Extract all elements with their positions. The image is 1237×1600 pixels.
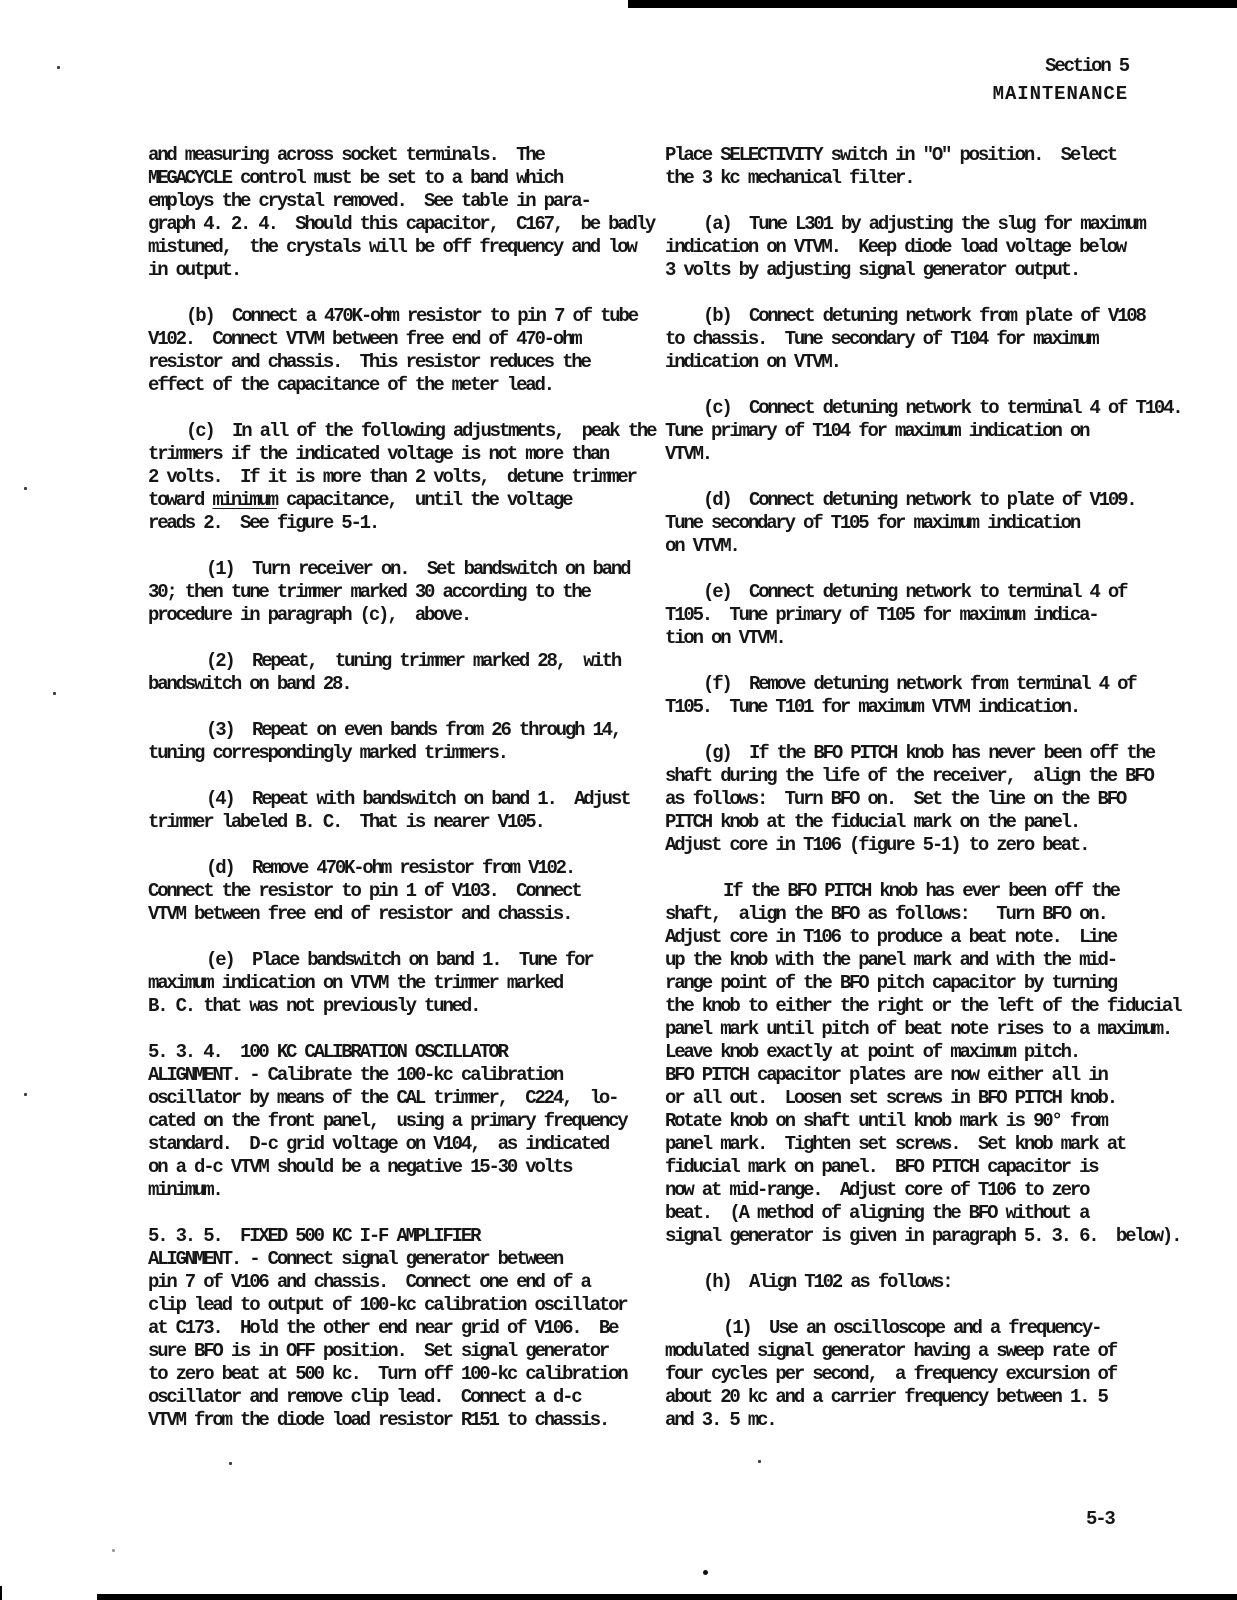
text-line: minimum. — [148, 1179, 668, 1202]
text-line: (d) Remove 470K-ohm resistor from V102. — [148, 857, 668, 880]
text-line: (1) Turn receiver on. Set bandswitch on … — [148, 558, 668, 581]
text-line: now at mid-range. Adjust core of T106 to… — [665, 1179, 1185, 1202]
text-line: maximum indication on VTVM the trimmer m… — [148, 972, 668, 995]
text-line: resistor and chassis. This resistor redu… — [148, 351, 668, 374]
text-line: T105. Tune T101 for maximum VTVM indicat… — [665, 696, 1185, 719]
paragraph: 5. 3. 4. 100 KC CALIBRATION OSCILLATORAL… — [148, 1041, 668, 1202]
text-line: (a) Tune L301 by adjusting the slug for … — [665, 213, 1185, 236]
text-line: indication on VTVM. Keep diode load volt… — [665, 236, 1185, 259]
text-line: effect of the capacitance of the meter l… — [148, 374, 668, 397]
text-line: Rotate knob on shaft until knob mark is … — [665, 1110, 1185, 1133]
text-line: employs the crystal removed. See table i… — [148, 190, 668, 213]
text-line: or all out. Loosen set screws in BFO PIT… — [665, 1087, 1185, 1110]
paragraph: (3) Repeat on even bands from 26 through… — [148, 719, 668, 765]
paragraph: (f) Remove detuning network from termina… — [665, 673, 1185, 719]
text-line: 3 volts by adjusting signal generator ou… — [665, 259, 1185, 282]
scan-speck — [229, 1462, 232, 1465]
text-line: (c) In all of the following adjustments,… — [148, 420, 668, 443]
page-number: 5-3 — [1086, 1508, 1114, 1530]
text-line: signal generator is given in paragraph 5… — [665, 1225, 1185, 1248]
text-line: pin 7 of V106 and chassis. Connect one e… — [148, 1271, 668, 1294]
scan-speck — [758, 1460, 761, 1463]
paragraph: 5. 3. 5. FIXED 500 KC I-F AMPLIFIERALIGN… — [148, 1225, 668, 1432]
text-line: clip lead to output of 100-kc calibratio… — [148, 1294, 668, 1317]
page-header: Section 5 MAINTENANCE — [993, 52, 1128, 108]
text-line: (4) Repeat with bandswitch on band 1. Ad… — [148, 788, 668, 811]
text-line: ALIGNMENT. - Connect signal generator be… — [148, 1248, 668, 1271]
text-line: fiducial mark on panel. BFO PITCH capaci… — [665, 1156, 1185, 1179]
text-line: T105. Tune primary of T105 for maximum i… — [665, 604, 1185, 627]
text-line: (h) Align T102 as follows: — [665, 1271, 1185, 1294]
text-line: (3) Repeat on even bands from 26 through… — [148, 719, 668, 742]
text-line: (e) Connect detuning network to terminal… — [665, 581, 1185, 604]
paragraph: and measuring across socket terminals. T… — [148, 144, 668, 282]
text-line: Adjust core in T106 (figure 5-1) to zero… — [665, 834, 1185, 857]
text-line: on VTVM. — [665, 535, 1185, 558]
paragraph: (h) Align T102 as follows: — [665, 1271, 1185, 1294]
text-line: to zero beat at 500 kc. Turn off 100-kc … — [148, 1363, 668, 1386]
scan-speck — [24, 487, 27, 490]
text-line: procedure in paragraph (c), above. — [148, 604, 668, 627]
paragraph: (4) Repeat with bandswitch on band 1. Ad… — [148, 788, 668, 834]
text-line: (1) Use an oscilloscope and a frequency- — [665, 1317, 1185, 1340]
text-line: toward minimum capacitance, until the vo… — [148, 489, 668, 512]
text-line: (b) Connect a 470K-ohm resistor to pin 7… — [148, 305, 668, 328]
text-line: Leave knob exactly at point of maximum p… — [665, 1041, 1185, 1064]
text-line: (2) Repeat, tuning trimmer marked 28, wi… — [148, 650, 668, 673]
text-line: Place SELECTIVITY switch in "O" position… — [665, 144, 1185, 167]
text-line: shaft, align the BFO as follows: Turn BF… — [665, 903, 1185, 926]
right-column: Place SELECTIVITY switch in "O" position… — [665, 144, 1185, 1455]
paragraph: (d) Connect detuning network to plate of… — [665, 489, 1185, 558]
scan-artifact-bottom — [97, 1594, 1237, 1600]
text-line: and measuring across socket terminals. T… — [148, 144, 668, 167]
paragraph: (c) In all of the following adjustments,… — [148, 420, 668, 535]
text-line: to chassis. Tune secondary of T104 for m… — [665, 328, 1185, 351]
text-line: the 3 kc mechanical filter. — [665, 167, 1185, 190]
text-line: MEGACYCLE control must be set to a band … — [148, 167, 668, 190]
text-line: range point of the BFO pitch capacitor b… — [665, 972, 1185, 995]
text-line: the knob to either the right or the left… — [665, 995, 1185, 1018]
scan-speck — [57, 66, 60, 69]
text-line: 2 volts. If it is more than 2 volts, det… — [148, 466, 668, 489]
text-line: indication on VTVM. — [665, 351, 1185, 374]
text-line: Tune secondary of T105 for maximum indic… — [665, 512, 1185, 535]
scan-speck — [112, 1549, 115, 1552]
text-line: trimmers if the indicated voltage is not… — [148, 443, 668, 466]
text-line: V102. Connect VTVM between free end of 4… — [148, 328, 668, 351]
text-line: (b) Connect detuning network from plate … — [665, 305, 1185, 328]
text-line: in output. — [148, 259, 668, 282]
paragraph: (b) Connect detuning network from plate … — [665, 305, 1185, 374]
text-line: VTVM. — [665, 443, 1185, 466]
text-line: (f) Remove detuning network from termina… — [665, 673, 1185, 696]
text-line: four cycles per second, a frequency excu… — [665, 1363, 1185, 1386]
text-line: modulated signal generator having a swee… — [665, 1340, 1185, 1363]
text-line: 30; then tune trimmer marked 30 accordin… — [148, 581, 668, 604]
section-label: Section 5 — [993, 52, 1128, 80]
scan-artifact-left-tick — [0, 1586, 2, 1600]
paragraph: (e) Connect detuning network to terminal… — [665, 581, 1185, 650]
paragraph: (g) If the BFO PITCH knob has never been… — [665, 742, 1185, 857]
paragraph: (2) Repeat, tuning trimmer marked 28, wi… — [148, 650, 668, 696]
text-line: on a d-c VTVM should be a negative 15-30… — [148, 1156, 668, 1179]
text-line: mistuned, the crystals will be off frequ… — [148, 236, 668, 259]
scan-speck — [703, 1570, 708, 1575]
left-column: and measuring across socket terminals. T… — [148, 144, 668, 1455]
text-line: cated on the front panel, using a primar… — [148, 1110, 668, 1133]
text-line: tuning correspondingly marked trimmers. — [148, 742, 668, 765]
text-line: trimmer labeled B. C. That is nearer V10… — [148, 811, 668, 834]
paragraph: (d) Remove 470K-ohm resistor from V102.C… — [148, 857, 668, 926]
paragraph: Place SELECTIVITY switch in "O" position… — [665, 144, 1185, 190]
text-line: 5. 3. 4. 100 KC CALIBRATION OSCILLATOR — [148, 1041, 668, 1064]
text-line: panel mark until pitch of beat note rise… — [665, 1018, 1185, 1041]
text-line: shaft during the life of the receiver, a… — [665, 765, 1185, 788]
text-line: If the BFO PITCH knob has ever been off … — [665, 880, 1185, 903]
paragraph: (b) Connect a 470K-ohm resistor to pin 7… — [148, 305, 668, 397]
text-line: 5. 3. 5. FIXED 500 KC I-F AMPLIFIER — [148, 1225, 668, 1248]
text-line: PITCH knob at the fiducial mark on the p… — [665, 811, 1185, 834]
text-line: (e) Place bandswitch on band 1. Tune for — [148, 949, 668, 972]
text-line: at C173. Hold the other end near grid of… — [148, 1317, 668, 1340]
text-line: Tune primary of T104 for maximum indicat… — [665, 420, 1185, 443]
text-line: reads 2. See figure 5-1. — [148, 512, 668, 535]
text-line: BFO PITCH capacitor plates are now eithe… — [665, 1064, 1185, 1087]
paragraph: If the BFO PITCH knob has ever been off … — [665, 880, 1185, 1248]
paragraph: (c) Connect detuning network to terminal… — [665, 397, 1185, 466]
text-line: up the knob with the panel mark and with… — [665, 949, 1185, 972]
text-line: about 20 kc and a carrier frequency betw… — [665, 1386, 1185, 1409]
text-line: ALIGNMENT. - Calibrate the 100-kc calibr… — [148, 1064, 668, 1087]
text-line: graph 4. 2. 4. Should this capacitor, C1… — [148, 213, 668, 236]
page-title: MAINTENANCE — [993, 80, 1128, 108]
text-line: (g) If the BFO PITCH knob has never been… — [665, 742, 1185, 765]
text-line: beat. (A method of aligning the BFO with… — [665, 1202, 1185, 1225]
text-line: panel mark. Tighten set screws. Set knob… — [665, 1133, 1185, 1156]
text-line: bandswitch on band 28. — [148, 673, 668, 696]
paragraph: (1) Turn receiver on. Set bandswitch on … — [148, 558, 668, 627]
scan-artifact-top — [628, 0, 1237, 8]
scan-speck — [53, 692, 56, 695]
text-line: as follows: Turn BFO on. Set the line on… — [665, 788, 1185, 811]
text-line: (d) Connect detuning network to plate of… — [665, 489, 1185, 512]
text-line: Adjust core in T106 to produce a beat no… — [665, 926, 1185, 949]
text-line: VTVM between free end of resistor and ch… — [148, 903, 668, 926]
paragraph: (1) Use an oscilloscope and a frequency-… — [665, 1317, 1185, 1432]
paragraph: (a) Tune L301 by adjusting the slug for … — [665, 213, 1185, 282]
text-line: oscillator by means of the CAL trimmer, … — [148, 1087, 668, 1110]
text-line: (c) Connect detuning network to terminal… — [665, 397, 1185, 420]
text-line: VTVM from the diode load resistor R151 t… — [148, 1409, 668, 1432]
text-line: tion on VTVM. — [665, 627, 1185, 650]
text-line: sure BFO is in OFF position. Set signal … — [148, 1340, 668, 1363]
text-line: standard. D-c grid voltage on V104, as i… — [148, 1133, 668, 1156]
text-line: and 3. 5 mc. — [665, 1409, 1185, 1432]
text-line: B. C. that was not previously tuned. — [148, 995, 668, 1018]
text-line: Connect the resistor to pin 1 of V103. C… — [148, 880, 668, 903]
text-line: oscillator and remove clip lead. Connect… — [148, 1386, 668, 1409]
scan-speck — [24, 1093, 27, 1096]
paragraph: (e) Place bandswitch on band 1. Tune for… — [148, 949, 668, 1018]
